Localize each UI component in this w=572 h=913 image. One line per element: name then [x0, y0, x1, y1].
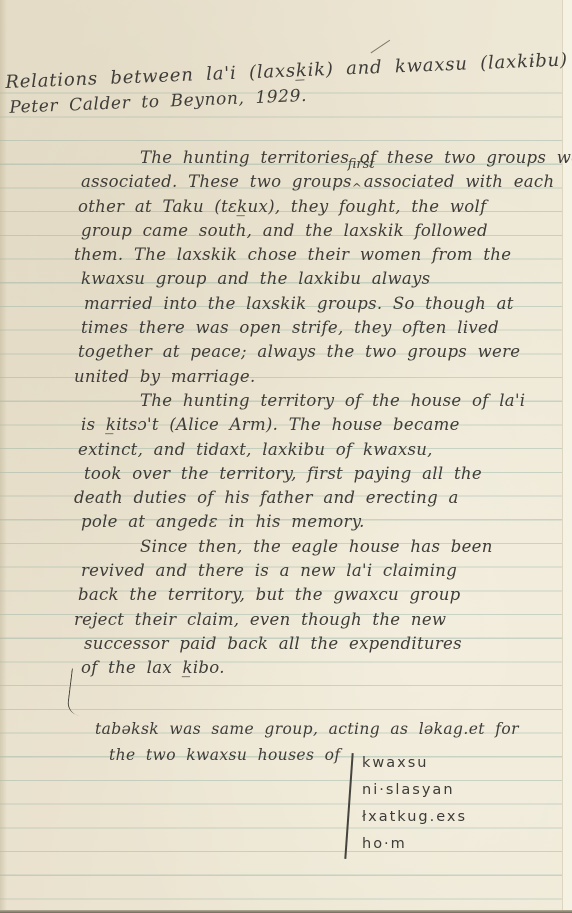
- house-name: łxatkug.exs: [362, 804, 467, 831]
- body-line: back the territory, but the gwaxcu group: [78, 583, 556, 607]
- house-name: ho·m: [362, 831, 467, 858]
- manuscript-page: Relations between la'i (laxsk̲ik) and kw…: [0, 0, 572, 913]
- body-line: reject their claim, even though the new: [74, 608, 556, 632]
- body-line: successor paid back all the expenditures: [84, 632, 556, 656]
- caret-mark: ^: [352, 181, 362, 195]
- pencil-mark-slash: [371, 40, 391, 54]
- inserted-word: first: [348, 158, 375, 171]
- body-line: The hunting territories of these two gro…: [78, 146, 556, 170]
- house-name: ni·slasyan: [362, 777, 467, 804]
- body-line: kwaxsu group and the laxkibu always: [81, 267, 556, 291]
- pen-descender-stroke: [66, 668, 85, 715]
- body-line: other at Taku (tεk̲ux), they fought, the…: [78, 195, 556, 219]
- body-line: extinct, and tidaxt, laxkibu of kwaxsu,: [78, 438, 556, 462]
- body-line: took over the territory, first paying al…: [84, 462, 556, 486]
- body-line: united by marriage.: [74, 365, 556, 389]
- body-line: times there was open strife, they often …: [81, 316, 556, 340]
- body-line: The hunting territory of the house of la…: [78, 389, 556, 413]
- body-line: pole at angedε in his memory.: [81, 510, 556, 534]
- document-heading: Relations between la'i (laxsk̲ik) and kw…: [5, 50, 566, 118]
- line-text: associated with each: [364, 172, 555, 191]
- body-line: revived and there is a new la'i claiming: [81, 559, 556, 583]
- paper-right-edge: [562, 0, 572, 913]
- body-text: The hunting territories of these two gro…: [78, 146, 556, 681]
- body-line: is k̲itsɔ't (Alice Arm). The house becam…: [81, 413, 556, 437]
- footnote-line-1: tabəksk was same group, acting as ləkag.…: [95, 716, 519, 742]
- list-brace: [344, 753, 353, 859]
- body-line: of the lax k̲ibo.: [81, 656, 556, 680]
- body-line: death duties of his father and erecting …: [74, 486, 556, 510]
- body-line: group came south, and the laxskik follow…: [81, 219, 556, 243]
- body-line: associated. These two groups^firstassoci…: [81, 170, 556, 194]
- body-line: together at peace; always the two groups…: [78, 340, 556, 364]
- paper-left-edge: [0, 0, 7, 913]
- insertion-point: ^first: [352, 170, 364, 200]
- house-list: kwaxsu ni·slasyan łxatkug.exs ho·m: [362, 750, 467, 858]
- body-line: them. The laxskik chose their women from…: [74, 243, 556, 267]
- body-line: married into the laxskik groups. So thou…: [84, 292, 556, 316]
- body-line: Since then, the eagle house has been: [78, 535, 556, 559]
- house-name: kwaxsu: [362, 750, 467, 777]
- line-text: associated. These two groups: [81, 172, 352, 191]
